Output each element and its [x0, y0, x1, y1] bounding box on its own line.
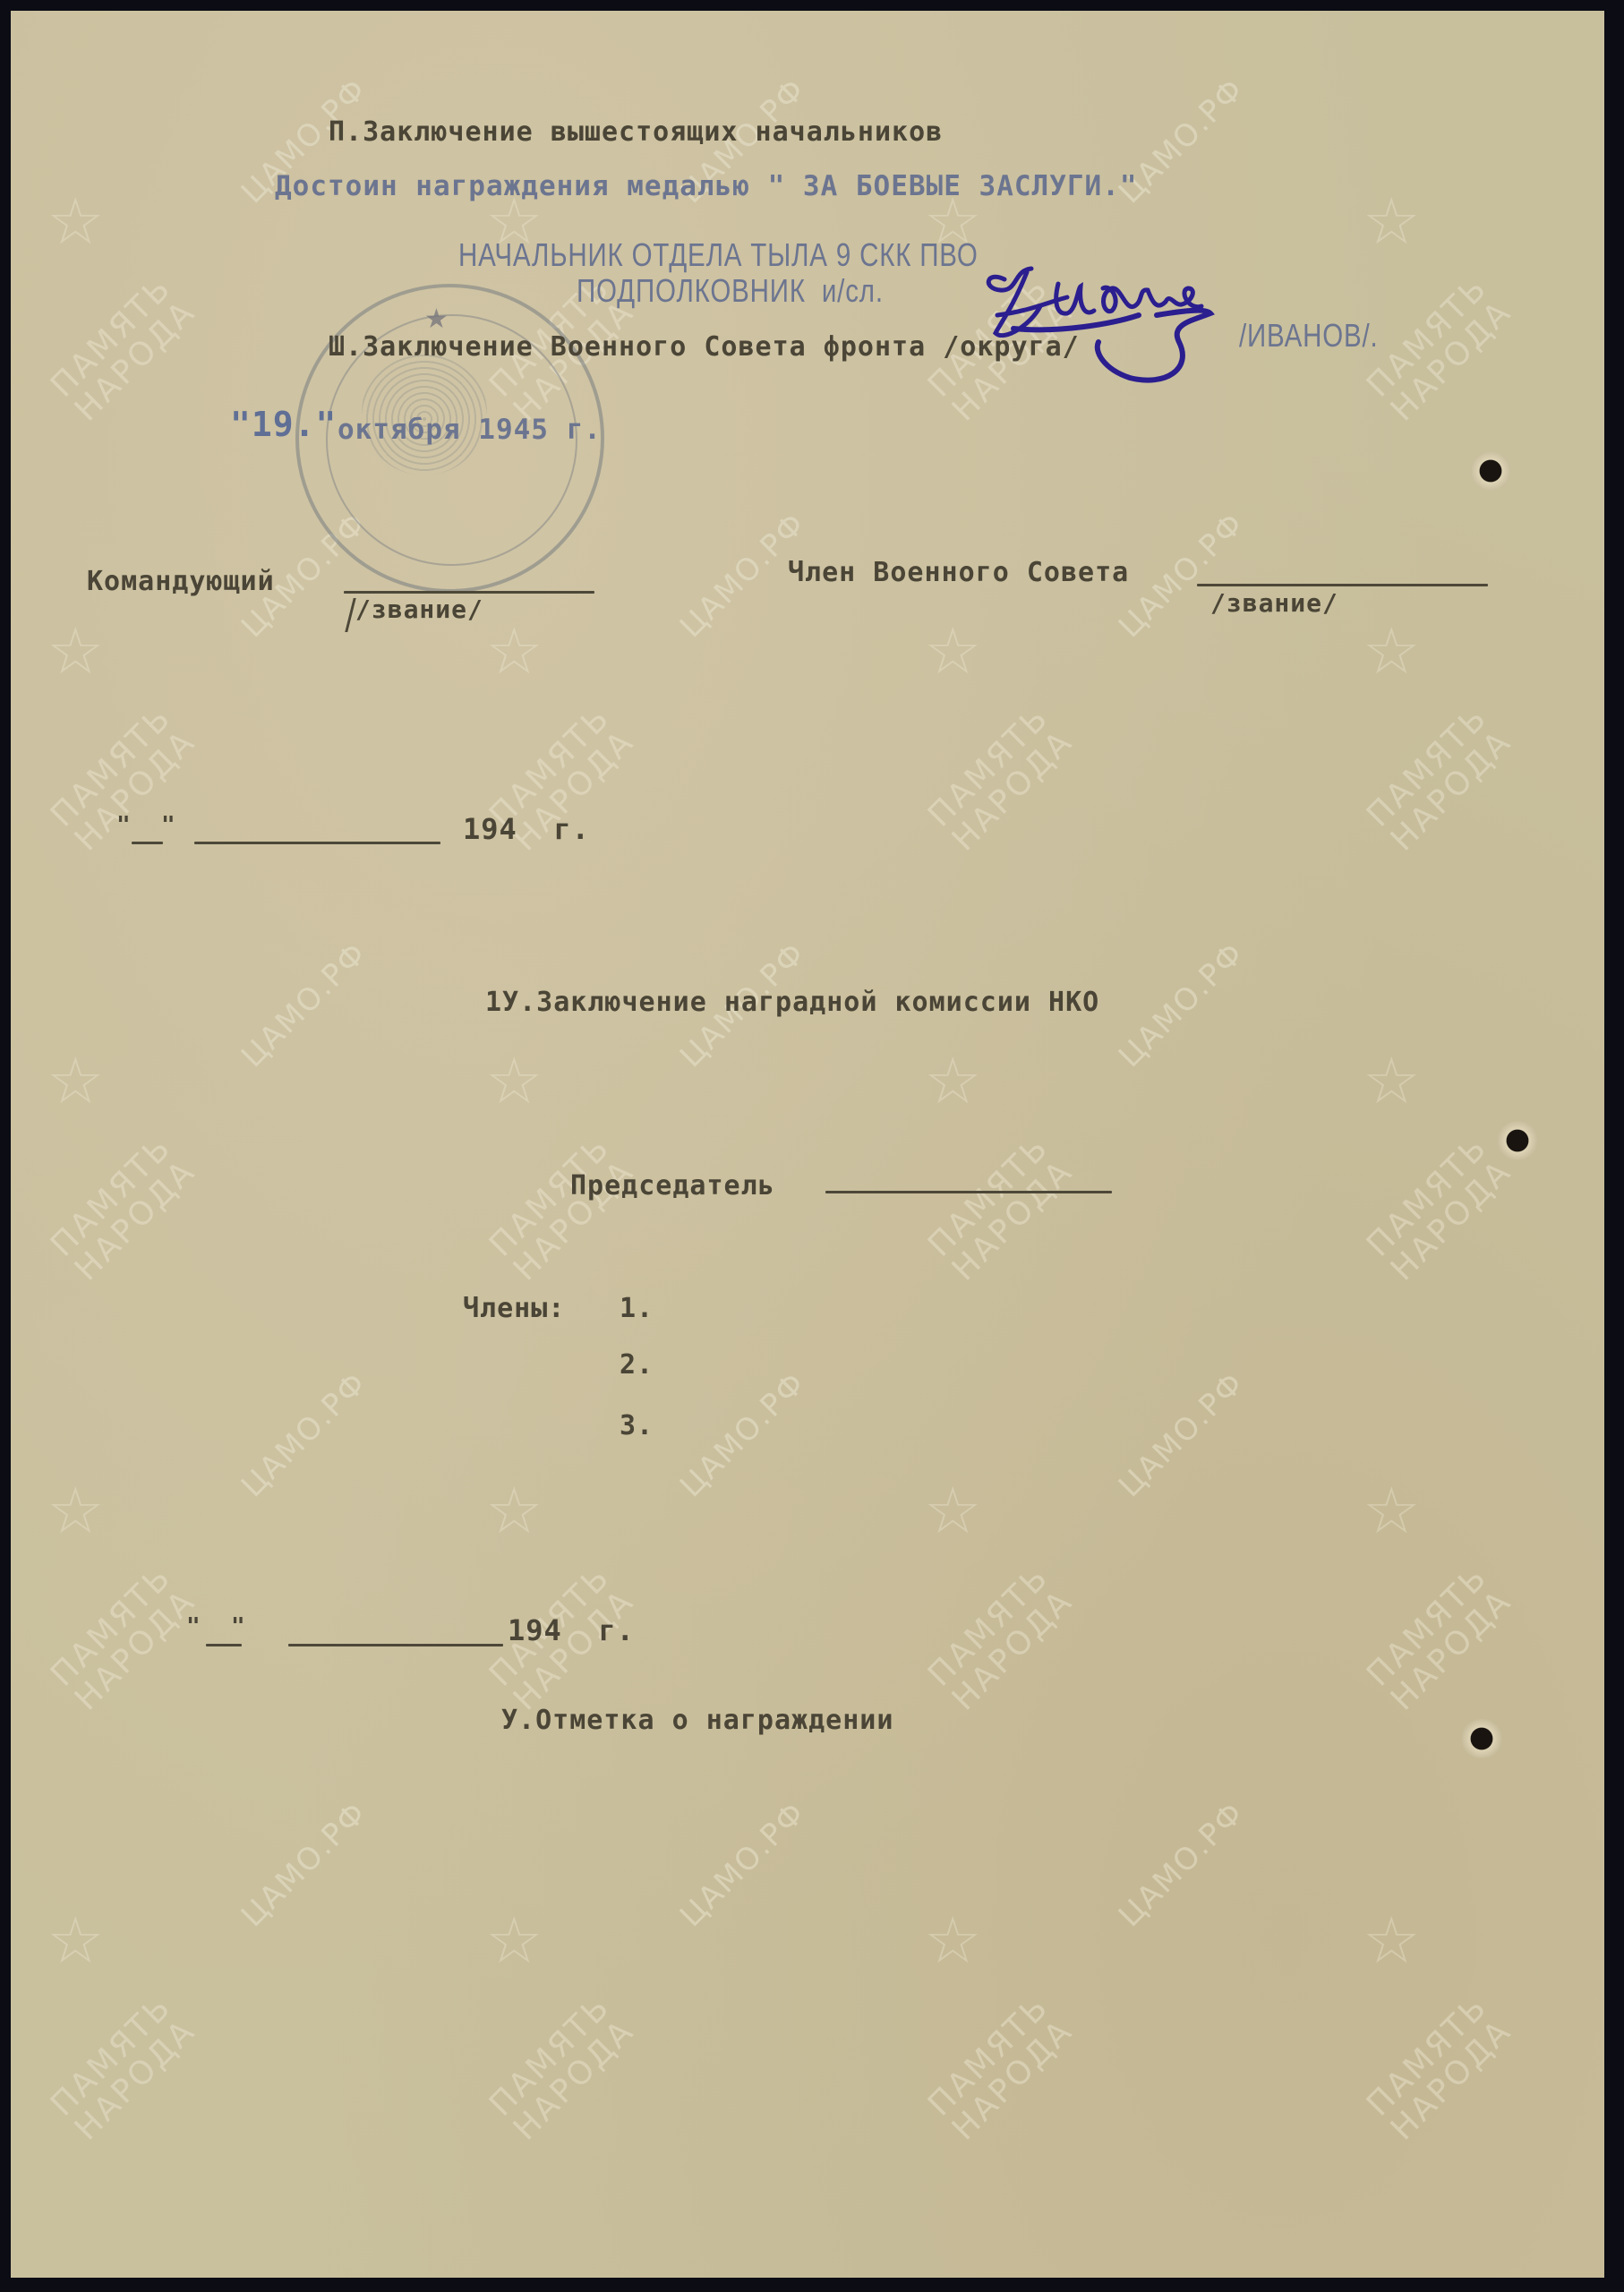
- star-icon: ☆: [1363, 1049, 1425, 1112]
- watermark-project: ПАМЯТЬ НАРОДА: [1361, 1130, 1518, 1287]
- star-icon: ☆: [1363, 1909, 1425, 1971]
- watermark-text: ЦАМО.РФ: [235, 1364, 374, 1504]
- watermark-project: ПАМЯТЬ НАРОДА: [1361, 700, 1518, 858]
- council-member-signature-line: [1197, 584, 1488, 586]
- watermark-text: ЦАМО.РФ: [1112, 1364, 1252, 1504]
- star-icon: ☆: [924, 1049, 987, 1112]
- watermark-text: ЦАМО.РФ: [673, 1794, 813, 1934]
- watermark-project: ПАМЯТЬ НАРОДА: [1361, 1560, 1518, 1717]
- council-member-label: Член Военного Совета: [788, 557, 1129, 588]
- watermark-project: ПАМЯТЬ НАРОДА: [1361, 1989, 1518, 2147]
- date-day-handwritten: "19.": [230, 405, 337, 444]
- star-icon: ☆: [47, 1909, 109, 1971]
- star-icon: ☆: [924, 1909, 987, 1971]
- star-icon: ☆: [47, 1049, 109, 1112]
- watermark-project: ПАМЯТЬ НАРОДА: [45, 1989, 202, 2147]
- star-icon: ☆: [47, 190, 109, 252]
- section5-heading: У.Отметка о награждении: [501, 1705, 893, 1736]
- watermark-text: ЦАМО.РФ: [673, 1364, 813, 1504]
- watermark-text: ЦАМО.РФ: [1112, 1794, 1252, 1934]
- document-page: ЦАМО.РФ ЦАМО.РФ ЦАМО.РФ ЦАМО.РФ ЦАМО.РФ …: [11, 11, 1604, 2278]
- watermark-text: ЦАМО.РФ: [1112, 935, 1252, 1074]
- watermark-project: ПАМЯТЬ НАРОДА: [1361, 270, 1518, 428]
- blank-date-quotes: " ": [186, 1613, 246, 1640]
- blank-month-line: [288, 1644, 503, 1646]
- star-icon: ☆: [485, 1479, 548, 1542]
- section2-heading: П.Заключение вышестоящих начальников: [329, 116, 943, 148]
- member-number: 3.: [620, 1410, 654, 1441]
- star-icon: ☆: [47, 620, 109, 682]
- commander-caption: /звание/: [355, 594, 483, 624]
- binding-hole: [1461, 1719, 1502, 1758]
- star-icon: ☆: [485, 1049, 548, 1112]
- members-label: Члены:: [463, 1293, 565, 1324]
- slash-mark: [345, 598, 355, 632]
- signer-name: /ИВАНОВ/.: [1239, 317, 1379, 355]
- watermark-project: ПАМЯТЬ НАРОДА: [45, 1560, 202, 1717]
- star-icon: ☆: [1363, 620, 1425, 682]
- binding-hole: [1497, 1121, 1538, 1160]
- member-number: 1.: [620, 1293, 654, 1324]
- commander-label: Командующий: [87, 566, 275, 597]
- watermark-project: ПАМЯТЬ НАРОДА: [922, 1130, 1080, 1287]
- watermark-project: ПАМЯТЬ НАРОДА: [922, 1560, 1080, 1717]
- watermark-project: ПАМЯТЬ НАРОДА: [483, 1989, 641, 2147]
- star-icon: ☆: [47, 1479, 109, 1542]
- seal-star-icon: ★: [424, 304, 449, 335]
- watermark-project: ПАМЯТЬ НАРОДА: [922, 1989, 1080, 2147]
- chairman-label: Председатель: [570, 1170, 775, 1202]
- watermark-project: ПАМЯТЬ НАРОДА: [922, 700, 1080, 858]
- section3-heading: Ш.Заключение Военного Совета фронта /окр…: [329, 331, 1080, 363]
- watermark-text: ЦАМО.РФ: [1112, 505, 1252, 645]
- date-month-year: октября 1945 г.: [338, 414, 602, 446]
- star-icon: ☆: [924, 1479, 987, 1542]
- section2-verdict: Достоин награждения медалью " ЗА БОЕВЫЕ …: [275, 170, 1138, 202]
- watermark-project: ПАМЯТЬ НАРОДА: [45, 1130, 202, 1287]
- watermark-text: ЦАМО.РФ: [235, 1794, 374, 1934]
- position-line-1: НАЧАЛЬНИК ОТДЕЛА ТЫЛА 9 СКК ПВО: [458, 236, 979, 274]
- star-icon: ☆: [1363, 190, 1425, 252]
- blank-day-line: [132, 842, 163, 844]
- binding-hole: [1470, 451, 1511, 491]
- council-member-caption: /звание/: [1210, 588, 1338, 618]
- watermark-text: ЦАМО.РФ: [235, 935, 374, 1074]
- star-icon: ☆: [485, 1909, 548, 1971]
- blank-date-quotes: " ": [116, 812, 176, 839]
- member-number: 2.: [620, 1349, 654, 1381]
- blank-month-line: [194, 842, 440, 844]
- seal-emblem: [362, 350, 487, 475]
- chairman-signature-line: [825, 1191, 1112, 1193]
- blank-day-line: [206, 1644, 242, 1646]
- commander-signature-line: [344, 591, 594, 594]
- position-line-2: ПОДПОЛКОВНИК и/сл.: [577, 272, 884, 310]
- watermark-project: ПАМЯТЬ НАРОДА: [45, 270, 202, 428]
- star-icon: ☆: [485, 620, 548, 682]
- star-icon: ☆: [924, 620, 987, 682]
- section4-heading: 1У.Заключение наградной комиссии НКО: [485, 987, 1099, 1018]
- watermark-project: ПАМЯТЬ НАРОДА: [483, 1130, 641, 1287]
- blank-date-year: 194 г.: [463, 812, 590, 846]
- star-icon: ☆: [1363, 1479, 1425, 1542]
- blank-date-year: 194 г.: [508, 1613, 635, 1647]
